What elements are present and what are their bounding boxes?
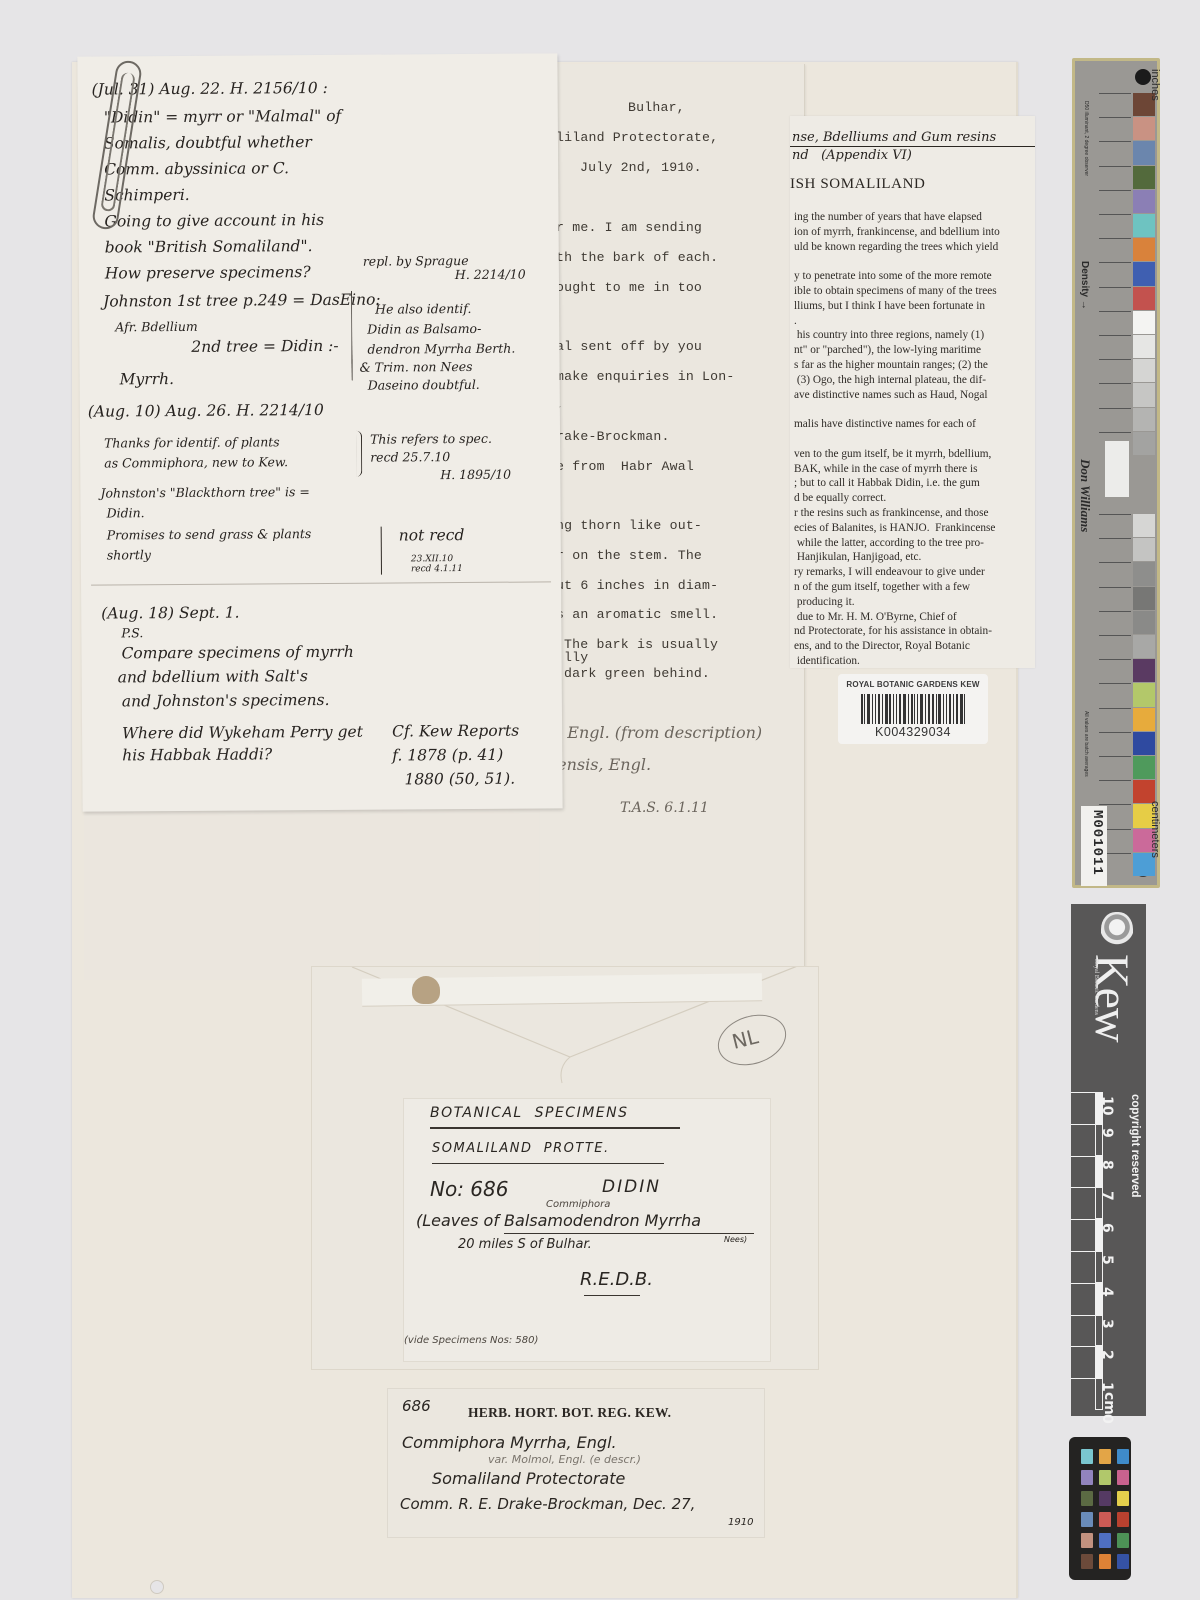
note-side: dendron Myrrha Berth. xyxy=(367,342,515,358)
leaves-line: (Leaves of Balsamodendron Myrrha xyxy=(416,1211,701,1230)
authority: Nees) xyxy=(724,1235,747,1244)
color-checker-patch xyxy=(1099,1449,1111,1464)
color-swatch xyxy=(1133,117,1155,140)
swatch-value-cell xyxy=(1099,708,1131,732)
letter-annotation: l, Engl. (from description) xyxy=(552,724,762,743)
printed-line: ; but to call it Habbak Didin, i.e. the … xyxy=(794,478,980,489)
swatch-value-cell xyxy=(1099,287,1131,311)
envelope-label: BOTANICAL SPECIMENS SOMALILAND PROTTE. N… xyxy=(403,1098,771,1362)
printed-line: lliums, but I think I have been fortunat… xyxy=(794,301,985,312)
letter-line: ng thorn like out- xyxy=(556,518,702,533)
note-side: This refers to spec. xyxy=(370,432,492,448)
label-number: 686 xyxy=(402,1397,431,1415)
color-swatch xyxy=(1133,190,1155,213)
note-side: Didin as Balsamo- xyxy=(367,322,481,338)
color-swatch xyxy=(1133,732,1155,755)
color-swatch xyxy=(1133,432,1155,455)
local-name: DIDIN xyxy=(602,1177,661,1197)
note-side: & Trim. non Nees xyxy=(359,360,472,376)
typed-letter: Bulhar, liland Protectorate, July 2nd, 1… xyxy=(540,64,805,974)
printed-line: ible to obtain specimens of many of the … xyxy=(794,286,997,297)
avg-label: All values are batch averages xyxy=(1083,711,1089,777)
scale-segment xyxy=(1071,1156,1095,1188)
herbarium-label: 686 HERB. HORT. BOT. REG. KEW. Commiphor… xyxy=(387,1388,765,1538)
printed-line: identification. xyxy=(794,656,860,667)
color-checker-patch xyxy=(1099,1512,1111,1527)
printed-title: ISH SOMALILAND xyxy=(790,176,925,193)
note-line: his Habbak Haddi? xyxy=(122,745,272,764)
note-line: Promises to send grass & plants xyxy=(107,527,312,543)
letter-protectorate: liland Protectorate, xyxy=(556,130,718,145)
printed-line: n of the gum itself, together with a few xyxy=(794,582,970,593)
swatch-value-cell xyxy=(1099,383,1131,407)
color-checker-patch xyxy=(1099,1533,1111,1548)
note-line: Myrrh. xyxy=(120,370,174,389)
printed-line: his country into three regions, namely (… xyxy=(794,330,984,341)
swatch-value-cell xyxy=(1099,238,1131,262)
note-line: book "British Somaliland". xyxy=(105,237,313,257)
color-checker-patch xyxy=(1099,1554,1111,1569)
letter-line: make enquiries in Lon- xyxy=(556,369,735,384)
color-swatch xyxy=(1133,562,1155,585)
color-bar-id: M001011 xyxy=(1081,806,1107,886)
barcode-title: ROYAL BOTANIC GARDENS KEW xyxy=(838,680,988,689)
note-side: Daseino doubtful. xyxy=(368,378,480,394)
note-line: Going to give account in his xyxy=(104,211,324,231)
vide-specimens: (vide Specimens Nos: 580) xyxy=(404,1335,538,1346)
color-checker-patch xyxy=(1117,1491,1129,1506)
note-side: He also identif. xyxy=(375,302,471,317)
color-swatch xyxy=(1133,287,1155,310)
color-swatch xyxy=(1133,238,1155,261)
note-line: Johnston 1st tree p.249 = DasEino: xyxy=(103,291,381,311)
color-checker-patch xyxy=(1081,1512,1093,1527)
color-swatch xyxy=(1133,359,1155,382)
note-divider xyxy=(91,581,551,585)
region: Somaliland Protectorate xyxy=(432,1469,625,1488)
note-line: How preserve specimens? xyxy=(105,263,311,283)
grey-reference-box xyxy=(1105,441,1129,497)
note-side: recd 25.7.10 xyxy=(370,450,450,465)
kew-scale-bar: Kew Royal Botanic Gardens 109876543210 c… xyxy=(1071,904,1146,1416)
swatch-value-cell xyxy=(1099,587,1131,611)
printed-line: malis have distinctive names for each of xyxy=(794,419,976,430)
swatch-value-cell xyxy=(1099,756,1131,780)
color-swatch xyxy=(1133,538,1155,561)
letter-line: dark green behind. xyxy=(564,666,710,681)
scale-number: 6 xyxy=(1099,1223,1115,1233)
note-line: as Commiphora, new to Kew. xyxy=(104,455,288,471)
copyright-label: copyright reserved xyxy=(1129,1094,1141,1198)
printed-line: nd Protectorate, for his assistance in o… xyxy=(794,626,992,637)
note-side: not recd xyxy=(399,526,465,545)
scale-segment xyxy=(1071,1346,1095,1378)
sheet-notch xyxy=(150,1580,164,1594)
color-swatch xyxy=(1133,780,1155,803)
locality: 20 miles S of Bulhar. xyxy=(458,1237,592,1252)
printed-line: ion of myrrh, frankincense, and bdellium… xyxy=(794,227,1000,238)
letter-line: al sent off by you xyxy=(556,339,702,354)
color-swatch xyxy=(1133,408,1155,431)
note-side: repl. by Sprague xyxy=(363,254,469,269)
color-swatch xyxy=(1133,514,1155,537)
swatch-value-cell xyxy=(1099,408,1131,432)
rule xyxy=(430,1127,680,1129)
brace xyxy=(356,431,362,477)
letter-line: r me. I am sending xyxy=(556,220,702,235)
scale-segment xyxy=(1071,1092,1095,1124)
swatch-value-cell xyxy=(1099,190,1131,214)
printed-line: ecies of Balanites, is HANJO. Frankincen… xyxy=(794,523,995,534)
color-checker-patch xyxy=(1081,1491,1093,1506)
specimen-number: No: 686 xyxy=(430,1177,508,1201)
note-line: Somalis, doubtful whether xyxy=(104,133,312,153)
printed-line: ave distinctive names such as Haud, Noga… xyxy=(794,390,988,401)
letter-line: ut 6 inches in diam- xyxy=(556,578,718,593)
color-checker-patch xyxy=(1117,1533,1129,1548)
letter-line: r on the stem. The xyxy=(556,548,702,563)
color-swatch xyxy=(1133,611,1155,634)
swatch-value-cell xyxy=(1099,635,1131,659)
swatch-value-cell xyxy=(1099,262,1131,286)
note-line: and Johnston's specimens. xyxy=(122,691,330,711)
swatch-value-cell xyxy=(1099,562,1131,586)
note-line: Compare specimens of myrrh xyxy=(121,643,353,663)
color-swatch xyxy=(1133,311,1155,334)
note-side: Cf. Kew Reports xyxy=(392,722,519,741)
note-side: H. 2214/10 xyxy=(455,268,526,283)
letter-initials: T.A.S. 6.1.11 xyxy=(620,800,709,817)
scale-number: 2 xyxy=(1099,1350,1115,1360)
scale-segment xyxy=(1071,1219,1095,1251)
color-swatch xyxy=(1133,635,1155,658)
printed-hand-header: nd (Appendix VI) xyxy=(792,148,912,163)
collector-line: Comm. R. E. Drake-Brockman, Dec. 27, xyxy=(400,1495,695,1513)
color-swatch xyxy=(1133,214,1155,237)
swatch-value-cell xyxy=(1099,538,1131,562)
collector-initials: R.E.D.B. xyxy=(580,1269,653,1290)
printed-line: while the latter, according to the tree … xyxy=(794,538,984,549)
swatch-value-cell xyxy=(1099,166,1131,190)
printed-line: (3) Ogo, the high internal plateau, the … xyxy=(794,375,986,386)
swatch-value-cell xyxy=(1099,93,1131,117)
color-checker-patch xyxy=(1117,1470,1129,1485)
scale-number: 5 xyxy=(1099,1255,1115,1265)
swatch-value-cell xyxy=(1099,117,1131,141)
note-line: 2nd tree = Didin :- xyxy=(191,337,338,356)
envelope-seal xyxy=(412,976,440,1004)
color-swatch xyxy=(1133,141,1155,164)
note-side: 1880 (50, 51). xyxy=(404,770,515,789)
printed-line: ens, and to the Director, Royal Botanic xyxy=(794,641,970,652)
color-swatch xyxy=(1133,262,1155,285)
color-swatch xyxy=(1133,335,1155,358)
swatch-value-cell xyxy=(1099,611,1131,635)
note-line: Afr. Bdellium xyxy=(115,320,198,335)
note-line: (Aug. 18) Sept. 1. xyxy=(101,604,239,623)
brand-label: Don Williams xyxy=(1077,459,1093,532)
inches-label: inches xyxy=(1149,69,1161,101)
density-label: Density → xyxy=(1079,261,1090,310)
scale-segment xyxy=(1071,1187,1095,1219)
scale-segment xyxy=(1071,1283,1095,1315)
note-line: Where did Wykeham Perry get xyxy=(122,723,363,743)
color-swatch xyxy=(1133,383,1155,406)
note-line: Comm. abyssinica or C. xyxy=(104,159,289,179)
collector-year: 1910 xyxy=(728,1517,753,1528)
note-side: H. 1895/10 xyxy=(440,468,511,483)
kew-crest-icon xyxy=(1101,912,1133,950)
printed-hand-header: nse, Bdelliums and Gum resins xyxy=(792,130,996,145)
note-line: Didin. xyxy=(107,506,145,521)
envelope-region: SOMALILAND PROTTE. xyxy=(432,1141,610,1156)
note-line: and bdellium with Salt's xyxy=(118,667,308,687)
illuminant-label: D50 illuminant, 2 degree observer xyxy=(1083,101,1089,176)
printed-line: . xyxy=(794,316,797,327)
letter-line: s an aromatic smell. xyxy=(556,607,718,622)
label-title: HERB. HORT. BOT. REG. KEW. xyxy=(468,1405,671,1421)
color-checker-patch xyxy=(1099,1491,1111,1506)
printed-line: ven to the gum itself, be it myrrh, bdel… xyxy=(794,449,991,460)
centimeters-label: centimeters xyxy=(1149,801,1161,858)
swatch-value-cell xyxy=(1099,141,1131,165)
color-checker-patch xyxy=(1117,1449,1129,1464)
swatch-value-cell xyxy=(1099,214,1131,238)
color-checker xyxy=(1069,1437,1131,1580)
species-name: Commiphora Myrrha, Engl. xyxy=(402,1433,617,1452)
divider xyxy=(381,527,382,575)
scale-segment xyxy=(1071,1315,1095,1347)
scale-number: 0 xyxy=(1099,1414,1115,1424)
scale-number: 3 xyxy=(1099,1319,1115,1329)
printed-line: s far as the higher mountain ranges; (2)… xyxy=(794,360,988,371)
scale-number: 9 xyxy=(1099,1128,1115,1138)
printed-line: Hanjikulan, Hanjigoad, etc. xyxy=(794,552,921,563)
rule xyxy=(432,1163,664,1164)
note-line: shortly xyxy=(107,548,151,563)
note-line: (Aug. 10) Aug. 26. H. 2214/10 xyxy=(88,401,324,421)
printed-line: uld be known regarding the trees which y… xyxy=(794,242,998,253)
header-rule xyxy=(790,146,1035,147)
color-swatch xyxy=(1133,756,1155,779)
swatch-value-cell xyxy=(1099,359,1131,383)
letter-line: th the bark of each. xyxy=(556,250,718,265)
letter-annotation: lensis, Engl. xyxy=(552,756,651,775)
handwritten-note: (Jul. 31) Aug. 22. H. 2156/10 : "Didin" … xyxy=(77,53,562,811)
rule xyxy=(584,1295,640,1296)
genus-insert: Commiphora xyxy=(546,1199,610,1210)
swatch-value-cell xyxy=(1099,514,1131,538)
scale-segment xyxy=(1071,1124,1095,1156)
printed-line: producing it. xyxy=(794,597,855,608)
color-swatch xyxy=(1133,659,1155,682)
printed-line: due to Mr. H. M. O'Byrne, Chief of xyxy=(794,612,957,623)
note-line: P.S. xyxy=(121,626,143,641)
printed-line: r the resins such as frankincense, and t… xyxy=(794,508,989,519)
swatch-value-cell xyxy=(1099,780,1131,804)
barcode-number: K004329034 xyxy=(838,725,988,739)
swatch-value-cell xyxy=(1099,335,1131,359)
barcode xyxy=(861,694,966,724)
letter-date: July 2nd, 1910. xyxy=(580,160,702,175)
color-checker-patch xyxy=(1081,1533,1093,1548)
scale-number: 1 xyxy=(1099,1382,1115,1392)
cm-label: cm xyxy=(1101,1392,1117,1415)
letter-line: e from Habr Awal xyxy=(556,459,694,474)
kew-logo-small: Royal Botanic Gardens xyxy=(1093,959,1099,1015)
color-calibration-bar: inches centimeters D50 illuminant, 2 deg… xyxy=(1072,58,1160,888)
color-checker-patch xyxy=(1117,1554,1129,1569)
printed-line: ry remarks, I will endeavour to give und… xyxy=(794,567,985,578)
color-swatch xyxy=(1133,708,1155,731)
note-side: recd 4.1.11 xyxy=(411,564,463,575)
barcode-label: ROYAL BOTANIC GARDENS KEW K004329034 xyxy=(838,674,988,744)
color-checker-patch xyxy=(1081,1470,1093,1485)
scale-segment xyxy=(1071,1378,1095,1410)
letter-line: rake-Brockman. xyxy=(556,429,670,444)
scale-segment xyxy=(1071,1251,1095,1283)
swatch-value-cell xyxy=(1099,683,1131,707)
printed-line: d be equally correct. xyxy=(794,493,886,504)
color-swatch xyxy=(1133,166,1155,189)
variety-name: var. Molmol, Engl. (e descr.) xyxy=(488,1453,641,1466)
swatch-value-cell xyxy=(1099,311,1131,335)
color-checker-patch xyxy=(1081,1449,1093,1464)
color-swatch xyxy=(1133,587,1155,610)
letter-place: Bulhar, xyxy=(628,100,685,115)
printed-line: nt" or "parched"), the low-lying maritim… xyxy=(794,345,981,356)
note-line: Johnston's "Blackthorn tree" is = xyxy=(100,485,310,501)
scale-number: 8 xyxy=(1099,1160,1115,1170)
rule xyxy=(504,1233,754,1234)
letter-line: lly xyxy=(564,650,588,665)
note-line: Thanks for identif. of plants xyxy=(104,435,280,451)
note-side: f. 1878 (p. 41) xyxy=(392,746,503,765)
note-line: "Didin" = myrr or "Malmal" of xyxy=(104,107,342,127)
color-checker-patch xyxy=(1081,1554,1093,1569)
printed-line: ing the number of years that have elapse… xyxy=(794,212,982,223)
scale-number: 7 xyxy=(1099,1191,1115,1201)
swatch-value-cell xyxy=(1099,732,1131,756)
color-swatch xyxy=(1133,683,1155,706)
swatch-value-cell xyxy=(1099,659,1131,683)
envelope-heading: BOTANICAL SPECIMENS xyxy=(430,1105,629,1121)
letter-line: ought to me in too xyxy=(556,280,702,295)
color-checker-patch xyxy=(1117,1512,1129,1527)
scale-number: 4 xyxy=(1099,1287,1115,1297)
printed-line: BAK, while in the case of myrrh there is xyxy=(794,464,978,475)
color-checker-patch xyxy=(1099,1470,1111,1485)
printed-line: y to penetrate into some of the more rem… xyxy=(794,271,992,282)
scale-number: 10 xyxy=(1099,1096,1115,1115)
printed-page-excerpt: nse, Bdelliums and Gum resins nd (Append… xyxy=(790,116,1035,668)
